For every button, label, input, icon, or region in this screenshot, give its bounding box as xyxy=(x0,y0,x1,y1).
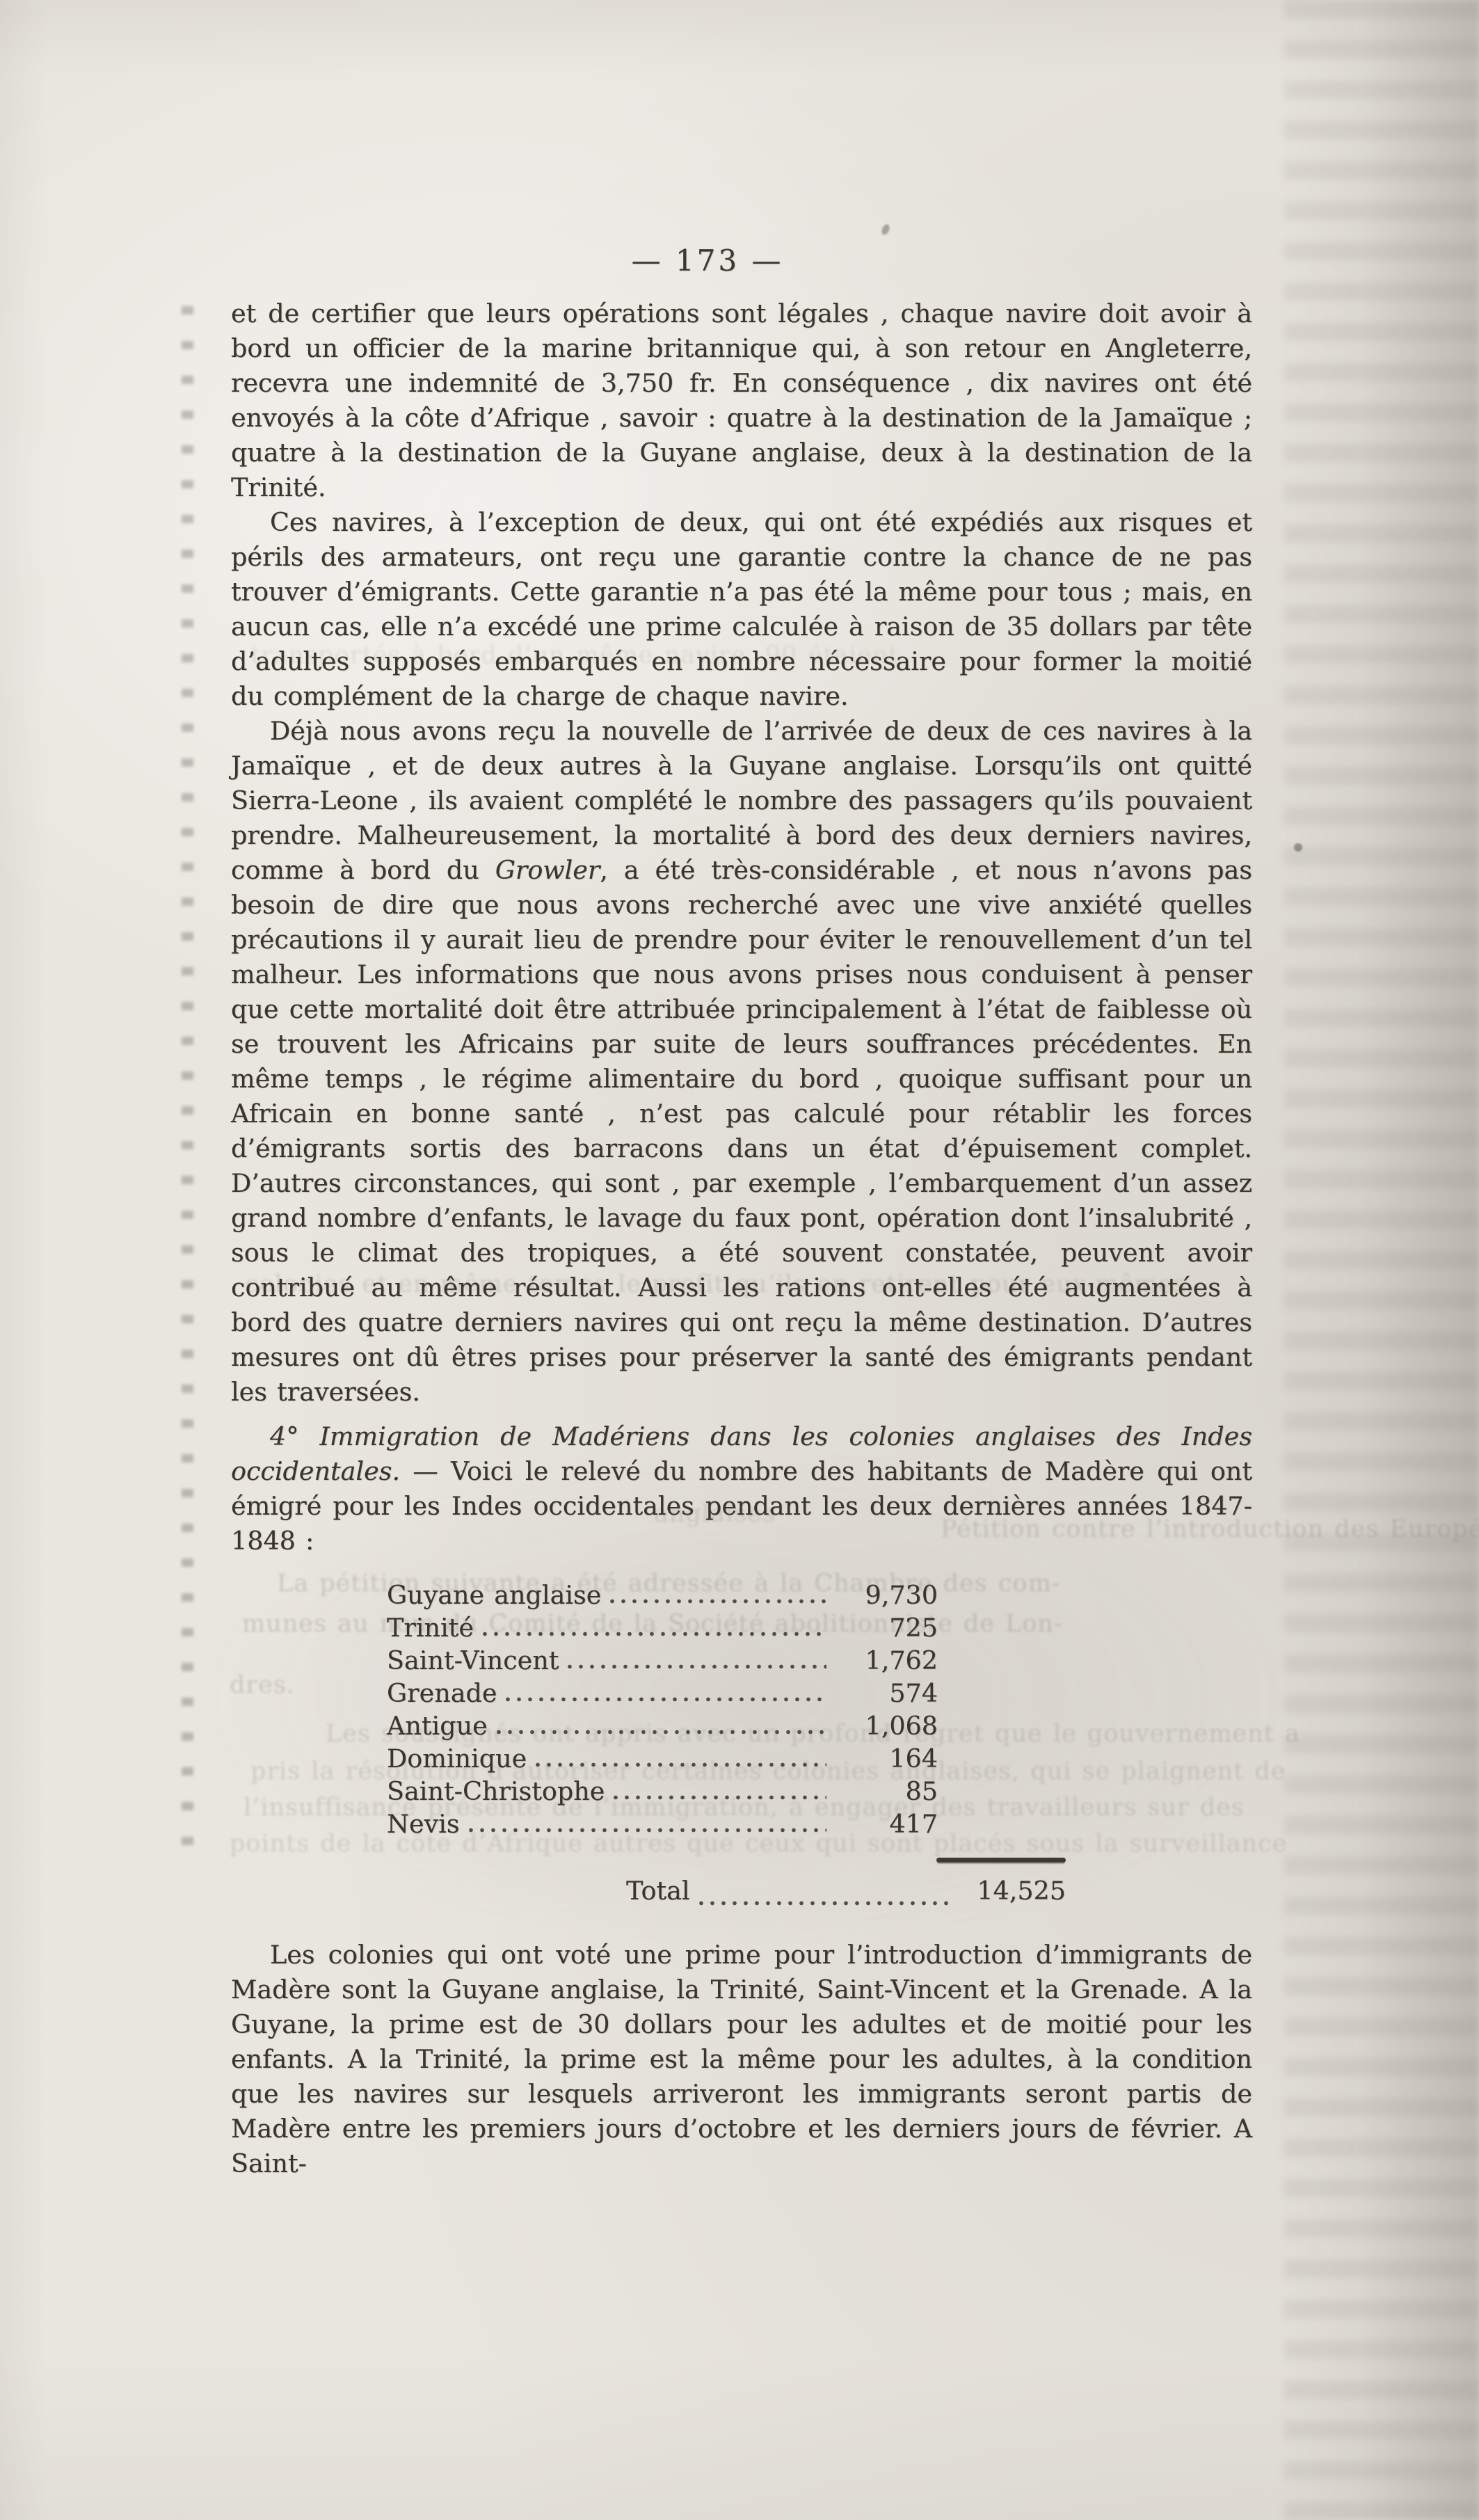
colony-label: Antigue xyxy=(387,1709,488,1744)
colony-label: Grenade xyxy=(387,1676,497,1711)
emigration-table-rows: Guyane anglaise9,730Trinité725Saint-Vinc… xyxy=(387,1578,938,1840)
book-page-scan: transportés à bord d’un même navire, 90 … xyxy=(0,0,1479,2520)
scan-speck xyxy=(880,223,891,237)
dot-leader xyxy=(482,1631,826,1637)
text-segment: et de certifier que leurs opérations son… xyxy=(231,298,1252,502)
text-block: et de certifier que leurs opérations son… xyxy=(231,296,1252,2181)
paragraph-heading-immigration-maderiens: 4° Immigration de Madériens dans les col… xyxy=(231,1419,1252,1558)
page-number: — 173 — xyxy=(196,244,1219,278)
dot-leader xyxy=(609,1598,826,1604)
scan-left-edge-marks xyxy=(182,306,193,1865)
table-row: Grenade574 xyxy=(387,1676,938,1709)
paragraphs-after-table: Les colonies qui ont voté une prime pour… xyxy=(231,1938,1252,2181)
colony-label: Saint-Vincent xyxy=(387,1643,559,1678)
colony-label: Guyane anglaise xyxy=(387,1578,601,1613)
dot-leader xyxy=(468,1827,826,1833)
total-row: Total 14,525 xyxy=(626,1874,1066,1913)
colony-value: 85 xyxy=(833,1774,938,1809)
dot-leader xyxy=(505,1696,826,1702)
italic-segment: Growler xyxy=(495,855,600,885)
paragraph-garantie-armateurs: Ces navires, à l’exception de deux, qui … xyxy=(231,505,1252,714)
paragraph-certification-navires: et de certifier que leurs opérations son… xyxy=(231,296,1252,505)
table-row: Nevis417 xyxy=(387,1807,938,1840)
colony-label: Trinité xyxy=(387,1611,474,1645)
colony-label: Nevis xyxy=(387,1807,460,1842)
table-row: Antigue1,068 xyxy=(387,1709,938,1741)
table-row: Dominique164 xyxy=(387,1741,938,1774)
text-segment: Les colonies qui ont voté une prime pour… xyxy=(231,1940,1252,2178)
colony-value: 417 xyxy=(833,1807,938,1842)
scan-right-shading xyxy=(1284,0,1479,2520)
total-section: Total 14,525 xyxy=(626,1858,1066,1913)
table-row: Saint-Vincent1,762 xyxy=(387,1643,938,1676)
dot-leader xyxy=(535,1762,826,1768)
colony-value: 1,068 xyxy=(833,1709,938,1744)
text-segment: , a été très-considérable , et nous n’av… xyxy=(231,855,1252,1407)
colony-label: Dominique xyxy=(387,1741,527,1776)
scan-speck xyxy=(1294,843,1302,852)
total-value: 14,525 xyxy=(961,1874,1066,1908)
text-segment: Ces navires, à l’exception de deux, qui … xyxy=(231,507,1252,711)
paragraphs-before-table: et de certifier que leurs opérations son… xyxy=(231,296,1252,1558)
table-row: Guyane anglaise9,730 xyxy=(387,1578,938,1611)
colony-label: Saint-Christophe xyxy=(387,1774,605,1809)
colony-value: 574 xyxy=(833,1676,938,1711)
paragraph-mortalite-growler: Déjà nous avons reçu la nouvelle de l’ar… xyxy=(231,714,1252,1410)
emigration-table: Guyane anglaise9,730Trinité725Saint-Vinc… xyxy=(387,1578,938,1913)
colony-value: 9,730 xyxy=(833,1578,938,1613)
dot-leader xyxy=(496,1729,826,1735)
dot-leader xyxy=(698,1900,954,1906)
total-label: Total xyxy=(626,1874,690,1908)
paragraph-primes-colonies: Les colonies qui ont voté une prime pour… xyxy=(231,1938,1252,2181)
colony-value: 164 xyxy=(833,1741,938,1776)
dot-leader xyxy=(613,1794,826,1801)
table-row: Saint-Christophe85 xyxy=(387,1774,938,1807)
colony-value: 1,762 xyxy=(833,1643,938,1678)
colony-value: 725 xyxy=(833,1611,938,1645)
total-sum-rule xyxy=(936,1858,1066,1863)
dot-leader xyxy=(567,1664,826,1670)
table-row: Trinité725 xyxy=(387,1611,938,1643)
